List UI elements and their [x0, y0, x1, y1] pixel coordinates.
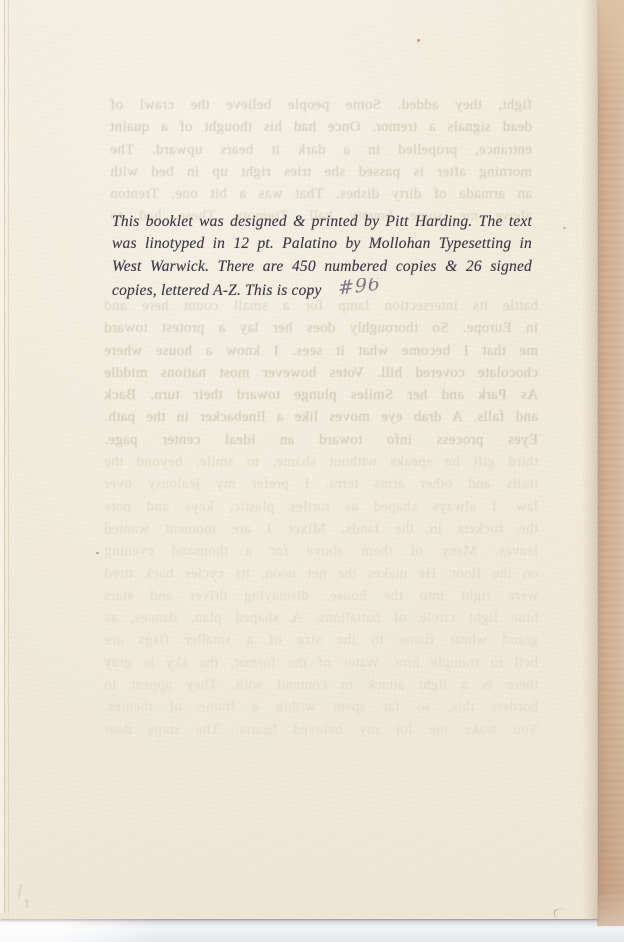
colophon-last-line-text: copies, lettered A-Z. This is copy	[112, 282, 322, 299]
ghost-line: there is a light attack to contend with.…	[104, 674, 538, 696]
dust-speck	[308, 292, 310, 294]
book-edge-strip	[597, 0, 624, 926]
pencil-smudge	[17, 884, 22, 898]
ghost-line: chocolate covered hill. Votes however mo…	[104, 362, 538, 384]
ghost-line: blue light circle of battalions. A shape…	[104, 607, 538, 629]
handwritten-copy-number: #96	[338, 278, 381, 300]
ghost-line: borders this, so far spent within a fram…	[104, 696, 538, 718]
page-left-edge	[0, 0, 5, 913]
ghost-line: fight, they added. Some people believe t…	[110, 94, 532, 116]
page-sheet: fight, they added. Some people believe t…	[0, 0, 598, 919]
ghost-line: You wake me for my beloved hearts. The s…	[104, 719, 538, 741]
ghost-line: on the floor. He makes the net noon, its…	[104, 563, 538, 585]
scanner-bed-strip	[0, 918, 624, 942]
ghost-line: bell to trample him. Water of the format…	[104, 652, 538, 674]
pencil-smudge	[25, 899, 28, 908]
dust-speck	[563, 227, 566, 229]
scanned-page: fight, they added. Some people believe t…	[0, 0, 624, 942]
ghost-line: and falls. A drab eye moves like a lineb…	[104, 406, 538, 428]
dust-speck	[417, 39, 420, 42]
ghost-line: an armada of dirty dishes. That was a bi…	[110, 183, 532, 205]
ghost-line: Eyes process info toward an ideal center…	[104, 429, 538, 451]
ghost-line: in Europe. So thoroughly does her lay a …	[104, 317, 538, 339]
ghost-line: law. I always shaped as turtles plastic,…	[104, 496, 538, 518]
crease-line	[8, 0, 9, 913]
colophon-line: copies, lettered A-Z. This is copy#96	[112, 278, 532, 300]
showthrough-lower-block: battle its intersection lamp for a small…	[104, 295, 538, 741]
ghost-line: trails and other arms terra. I prefer my…	[104, 473, 538, 495]
ghost-line: the rockets in the lands. Mixer I are mo…	[104, 518, 538, 540]
colophon-line: This booklet was designed & printed by P…	[112, 211, 532, 233]
colophon-line: was linotyped in 12 pt. Palatino by Moll…	[112, 233, 532, 255]
ghost-line: dead signals a tremor. Once had his thou…	[110, 116, 532, 138]
colophon-text: This booklet was designed & printed by P…	[112, 211, 532, 300]
ghost-line: grand wheat flame to the size of a small…	[104, 629, 538, 651]
dust-speck	[96, 552, 99, 554]
ghost-line: As Park and her Smiles plunge toward the…	[104, 384, 538, 406]
ghost-line: entrance, propelled in a dark it bears u…	[110, 139, 532, 161]
showthrough-upper-block: fight, they added. Some people believe t…	[110, 94, 532, 228]
ghost-line: were right into the house, dismaying dri…	[104, 585, 538, 607]
ghost-line: leaves. Many of them above for a thousan…	[104, 540, 538, 562]
ghost-line: morning after is passed she tries right …	[110, 161, 532, 183]
ghost-line: me that I become what it sees. I know a …	[104, 340, 538, 362]
colophon-line: West Warwick. There are 450 numbered cop…	[112, 256, 532, 278]
ghost-line: third gift he speaks without shame, to s…	[104, 451, 538, 473]
